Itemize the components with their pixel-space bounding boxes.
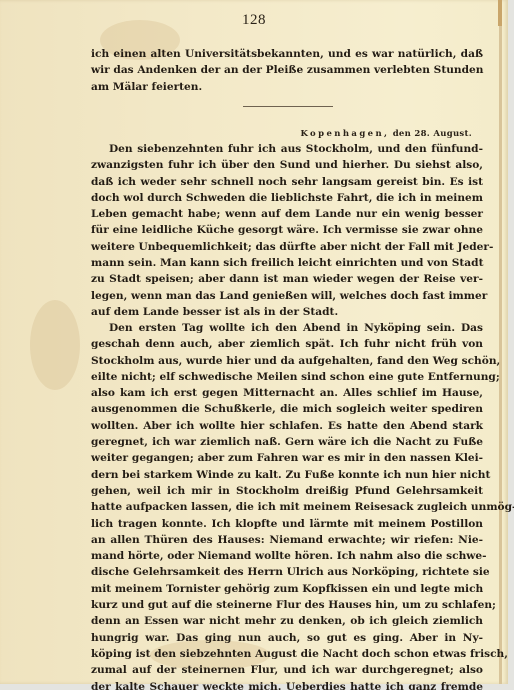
text-line: Leben gemacht habe; wenn auf dem Lande n…	[91, 206, 483, 222]
text-line: wir das Andenken der an der Pleiße zusam…	[91, 62, 483, 78]
text-line: Den ersten Tag wollte ich den Abend in N…	[91, 320, 483, 336]
text-line: geregnet, ich war ziemlich naß. Gern wär…	[91, 434, 483, 450]
text-line: doch wol durch Schweden die lieblichste …	[91, 190, 483, 206]
text-line: dische Gelehrsamkeit des Herrn Ulrich au…	[91, 564, 483, 580]
text-line: hungrig war. Das ging nun auch, so gut e…	[91, 630, 483, 646]
text-line: ich einen alten Universitätsbekannten, u…	[91, 46, 483, 62]
paragraph-2: Den ersten Tag wollte ich den Abend in N…	[91, 320, 483, 690]
dateline: Kopenhagen, den 28. August.	[300, 129, 472, 139]
text-line: denn an Essen war nicht mehr zu denken, …	[91, 613, 483, 629]
text-line: auf dem Lande besser ist als in der Stad…	[91, 304, 483, 320]
top-paragraph: ich einen alten Universitätsbekannten, u…	[91, 46, 483, 95]
text-line: hatte aufpacken lassen, die ich mit mein…	[91, 499, 483, 515]
text-line: Den siebenzehnten fuhr ich aus Stockholm…	[91, 141, 483, 157]
text-line: zumal auf der steinernen Flur, und ich w…	[91, 662, 483, 678]
text-line: wollten. Aber ich wollte hier schlafen. …	[91, 418, 483, 434]
page-number: 128	[0, 12, 508, 29]
text-line: ausgenommen die Schußkerle, die mich sog…	[91, 401, 483, 417]
text-line: für eine leidliche Küche gesorgt wäre. I…	[91, 222, 483, 238]
text-line: mit meinem Tornister gehörig zum Kopfkis…	[91, 581, 483, 597]
text-line: legen, wenn man das Land genießen will, …	[91, 288, 483, 304]
text-line: also kam ich erst gegen Mitternacht an. …	[91, 385, 483, 401]
text-line: köping ist den siebzehnten August die Na…	[91, 646, 483, 662]
text-line: weiter gegangen; aber zum Fahren war es …	[91, 450, 483, 466]
paragraph-1: Den siebenzehnten fuhr ich aus Stockholm…	[91, 141, 483, 320]
text-line: dern bei starkem Winde zu kalt. Zu Fuße …	[91, 467, 483, 483]
text-line: eilte nicht; elf schwedische Meilen sind…	[91, 369, 483, 385]
text-line: der kalte Schauer weckte mich. Ueberdies…	[91, 679, 483, 690]
book-page: 128 ich einen alten Universitätsbekannte…	[0, 0, 508, 684]
text-line: mann sein. Man kann sich freilich leicht…	[91, 255, 483, 271]
dateline-date: den 28. August.	[393, 129, 472, 139]
text-line: weitere Unbequemlichkeit; das dürfte abe…	[91, 239, 483, 255]
text-line: zu Stadt speisen; aber dann ist man wied…	[91, 271, 483, 287]
text-line: mand hörte, oder Niemand wollte hören. I…	[91, 548, 483, 564]
text-line: kurz und gut auf die steinerne Flur des …	[91, 597, 483, 613]
text-line: an allen Thüren des Hauses: Niemand erwa…	[91, 532, 483, 548]
text-line: Stockholm aus, wurde hier und da aufgeha…	[91, 353, 483, 369]
text-line: lich tragen konnte. Ich klopfte und lärm…	[91, 516, 483, 532]
text-line: am Mälar feierten.	[91, 79, 483, 95]
dateline-place: Kopenhagen,	[300, 129, 389, 139]
paper-stain	[30, 300, 80, 390]
text-line: gehen, weil ich mir in Stockholm dreißig…	[91, 483, 483, 499]
text-line: daß ich weder sehr schnell noch sehr lan…	[91, 174, 483, 190]
text-line: geschah denn auch, aber ziemlich spät. I…	[91, 336, 483, 352]
text-line: zwanzigsten fuhr ich über den Sund und h…	[91, 157, 483, 173]
section-divider	[243, 106, 333, 107]
page-edge	[499, 0, 502, 684]
